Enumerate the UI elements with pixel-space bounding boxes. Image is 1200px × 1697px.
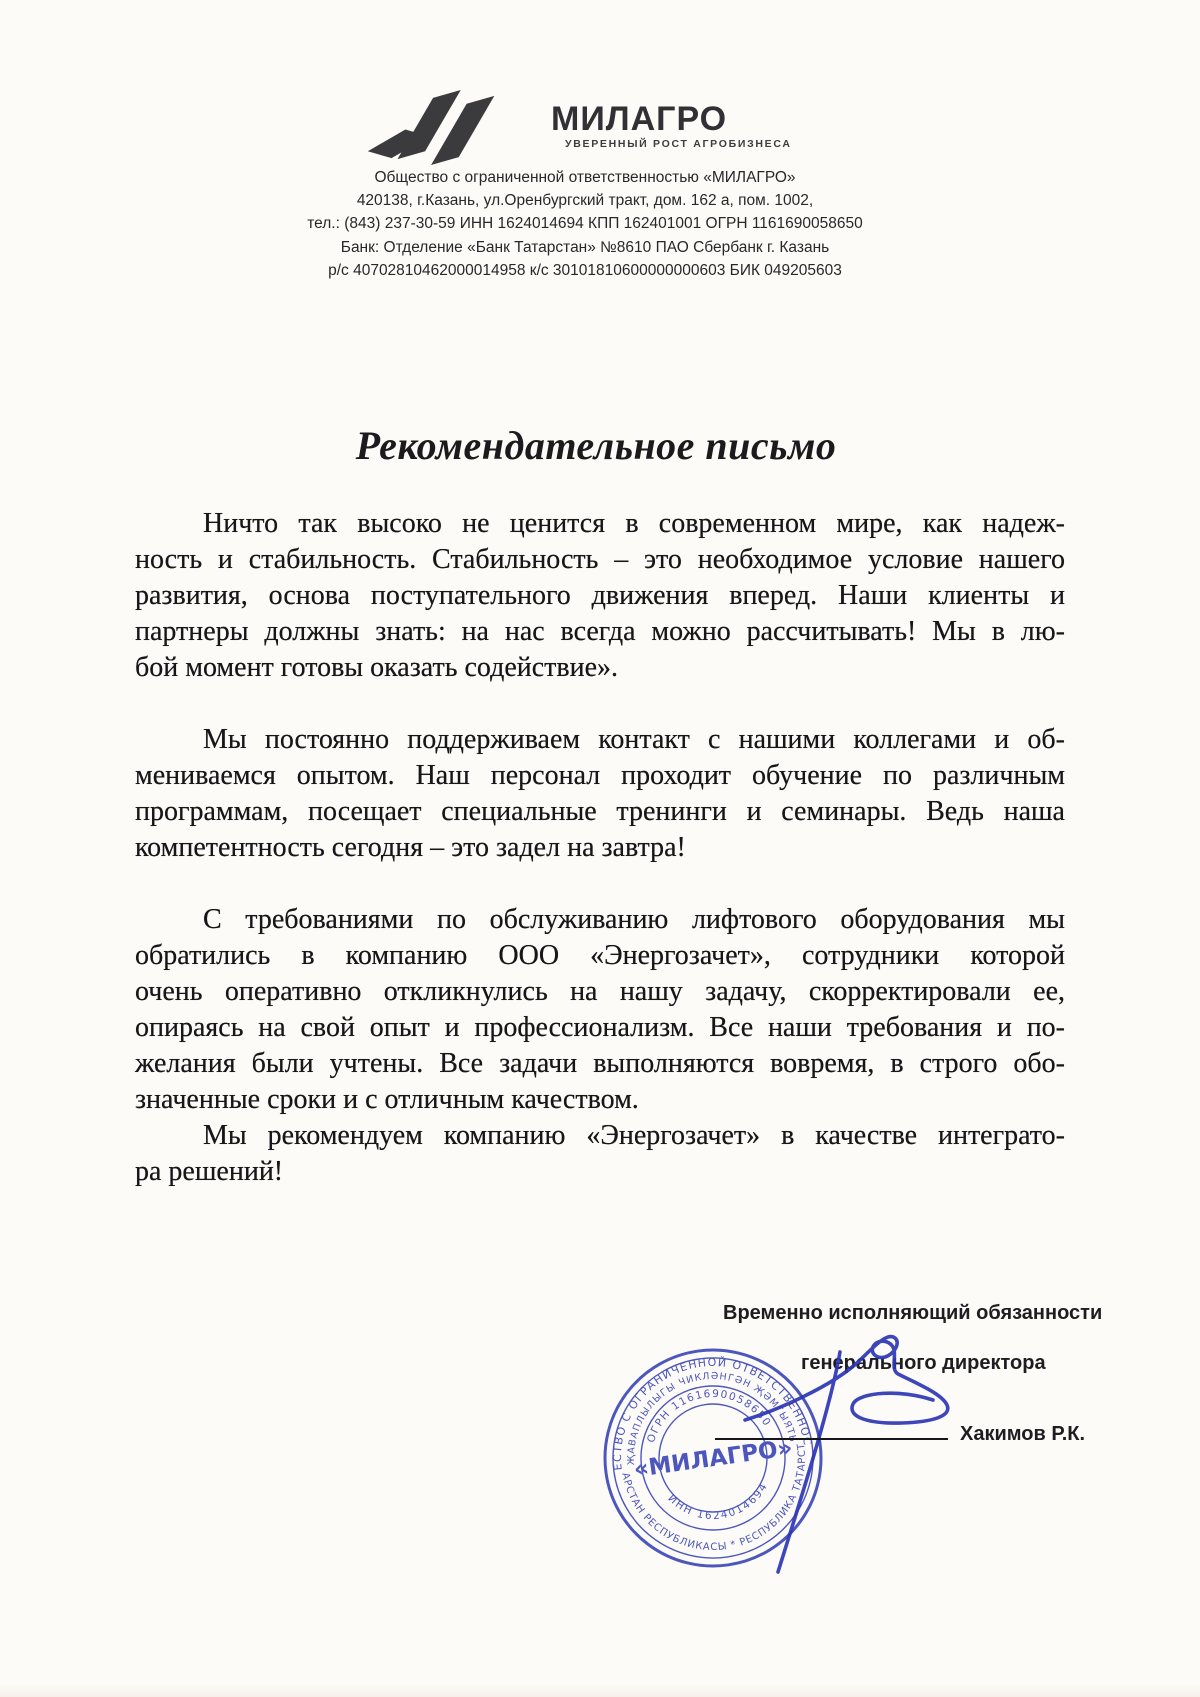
body-line: С требованиями по обслуживанию лифтового… <box>135 902 1065 938</box>
letter-title: Рекомендательное письмо <box>0 422 1192 469</box>
body-line: развития, основа поступательного движени… <box>135 578 1065 614</box>
company-info: Общество с ограниченной ответственностью… <box>0 166 1170 282</box>
signatory-name: Хакимов Р.К. <box>960 1423 1085 1446</box>
body-line: Мы постоянно поддерживаем контакт с наши… <box>135 722 1065 758</box>
handwritten-signature <box>690 1310 970 1590</box>
scan-edge-artifact <box>0 1685 1200 1697</box>
body-line: партнеры должны знать: на нас всегда мож… <box>135 614 1065 650</box>
paragraph-2: Мы постоянно поддерживаем контакт с наши… <box>135 722 1065 866</box>
body-line: Ничто так высоко не ценится в современно… <box>135 506 1065 542</box>
letterhead: МИЛАГРО УВЕРЕННЫЙ РОСТ АГРОБИЗНЕСА <box>363 86 792 170</box>
company-info-line: 420138, г.Казань, ул.Оренбургский тракт,… <box>0 189 1170 212</box>
paragraph-1: Ничто так высоко не ценится в современно… <box>135 506 1065 686</box>
letter-body: Ничто так высоко не ценится в современно… <box>135 506 1065 1190</box>
body-line: опираясь на свой опыт и профессионализм.… <box>135 1010 1065 1046</box>
brand-name: МИЛАГРО <box>551 104 792 134</box>
body-line: компетентность сегодня – это задел на за… <box>135 830 1065 866</box>
body-line: Мы рекомендуем компанию «Энергозачет» в … <box>135 1118 1065 1154</box>
body-line: ность и стабильность. Стабильность – это… <box>135 542 1065 578</box>
paragraph-3: С требованиями по обслуживанию лифтового… <box>135 902 1065 1118</box>
body-line: бой момент готовы оказать содействие». <box>135 650 1065 686</box>
body-line: ра решений! <box>135 1154 1065 1190</box>
company-info-line: тел.: (843) 237-30-59 ИНН 1624014694 КПП… <box>0 212 1170 235</box>
brand-tagline: УВЕРЕННЫЙ РОСТ АГРОБИЗНЕСА <box>551 138 792 150</box>
milagro-logo-icon <box>363 86 511 170</box>
paragraph-4: Мы рекомендуем компанию «Энергозачет» в … <box>135 1118 1065 1190</box>
signature-line <box>715 1438 948 1440</box>
body-line: очень оперативно откликнулись на нашу за… <box>135 974 1065 1010</box>
body-line: программам, посещает специальные тренинг… <box>135 794 1065 830</box>
body-line: обратились в компанию ООО «Энергозачет»,… <box>135 938 1065 974</box>
body-line: желания были учтены. Все задачи выполняю… <box>135 1046 1065 1082</box>
body-line: значенные сроки и с отличным качеством. <box>135 1082 1065 1118</box>
brand-text-block: МИЛАГРО УВЕРЕННЫЙ РОСТ АГРОБИЗНЕСА <box>551 86 792 150</box>
company-info-line: Общество с ограниченной ответственностью… <box>0 166 1170 189</box>
scanned-letter-page: МИЛАГРО УВЕРЕННЫЙ РОСТ АГРОБИЗНЕСА Общес… <box>0 0 1200 1697</box>
company-info-line: Банк: Отделение «Банк Татарстан» №8610 П… <box>0 236 1170 259</box>
company-info-line: р/с 40702810462000014958 к/с 30101810600… <box>0 259 1170 282</box>
body-line: мениваемся опытом. Наш персонал проходит… <box>135 758 1065 794</box>
